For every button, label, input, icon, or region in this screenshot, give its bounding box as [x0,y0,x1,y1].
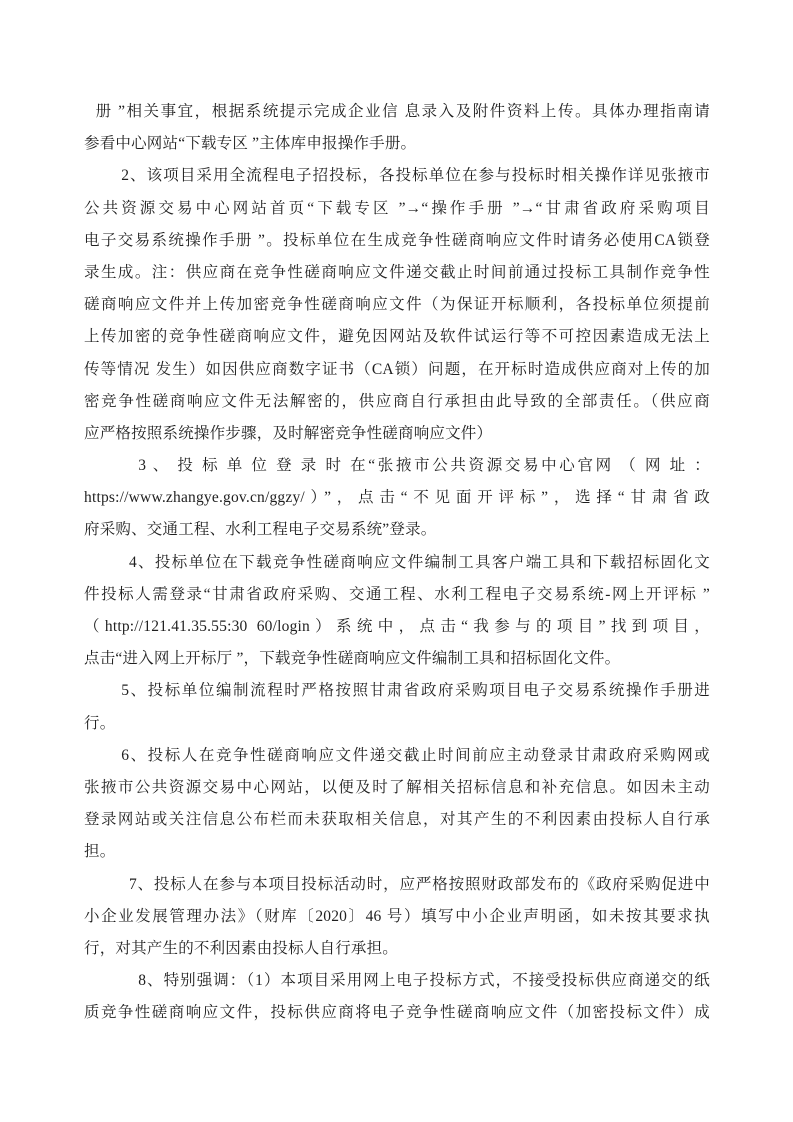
text-line: 小企业发展管理办法》（财库〔2020〕46 号）填写中小企业声明函，如未按其要求… [84,901,710,933]
document-page: 册 ”相关事宜，根据系统提示完成企业信 息录入及附件资料上传。具体办理指南请 参… [0,0,793,1122]
text-line: 录生成。注：供应商在竞争性磋商响应文件递交截止时间前通过投标工具制作竞争性 [84,257,710,289]
paragraph-item-3: 3 、 投 标 单 位 登 录 时 在“张掖市公共资源交易中心官网 （ 网 址 … [84,450,710,547]
text-line: 2、该项目采用全流程电子招投标，各投标单位在参与投标时相关操作详见张掖市 [84,160,710,192]
text-line: https://www.zhangye.gov.cn/ggzy/）”，点击“不见… [84,482,710,514]
paragraph-item-2: 2、该项目采用全流程电子招投标，各投标单位在参与投标时相关操作详见张掖市 公共资… [84,160,710,450]
text-line: 传等情况 发生）如因供应商数字证书（CA锁）问题，在开标时造成供应商对上传的加 [84,354,710,386]
text-line: 6、投标人在竞争性磋商响应文件递交截止时间前应主动登录甘肃政府采购网或 [84,740,710,772]
text-line: 参看中心网站“下载专区 ”主体库申报操作手册。 [84,128,710,160]
paragraph-continuation: 册 ”相关事宜，根据系统提示完成企业信 息录入及附件资料上传。具体办理指南请 参… [84,96,710,160]
text-line: 质竞争性磋商响应文件，投标供应商将电子竞争性磋商响应文件（加密投标文件）成 [84,997,710,1029]
paragraph-item-8: 8、特别强调：（1）本项目采用网上电子投标方式，不接受投标供应商递交的纸 质竞争… [84,965,710,1029]
paragraph-item-5: 5、投标单位编制流程时严格按照甘肃省政府采购项目电子交易系统操作手册进 行。 [84,675,710,739]
text-line: 密竞争性磋商响应文件无法解密的，供应商自行承担由此导致的全部责任。（供应商 [84,386,710,418]
text-line: 3 、 投 标 单 位 登 录 时 在“张掖市公共资源交易中心官网 （ 网 址 … [84,450,710,482]
text-line: 7、投标人在参与本项目投标活动时，应严格按照财政部发布的《政府采购促进中 [84,869,710,901]
text-line: 册 ”相关事宜，根据系统提示完成企业信 息录入及附件资料上传。具体办理指南请 [84,96,710,128]
text-line: 上传加密的竞争性磋商响应文件，避免因网站及软件试运行等不可控因素造成无法上 [84,321,710,353]
text-line: 点击“进入网上开标厅 ”，下载竞争性磋商响应文件编制工具和招标固化文件。 [84,643,710,675]
text-line: 府采购、交通工程、水利工程电子交易系统”登录。 [84,514,710,546]
text-line: 应严格按照系统操作步骤，及时解密竞争性磋商响应文件） [84,418,710,450]
paragraph-item-6: 6、投标人在竞争性磋商响应文件递交截止时间前应主动登录甘肃政府采购网或 张掖市公… [84,740,710,869]
text-line: 登录网站或关注信息公布栏而未获取相关信息，对其产生的不利因素由投标人自行承 [84,804,710,836]
text-line: 担。 [84,836,710,868]
text-line: 行。 [84,708,710,740]
text-line: 4、投标单位在下载竞争性磋商响应文件编制工具客户端工具和下载招标固化文 [84,547,710,579]
text-line: 5、投标单位编制流程时严格按照甘肃省政府采购项目电子交易系统操作手册进 [84,675,710,707]
paragraph-item-7: 7、投标人在参与本项目投标活动时，应严格按照财政部发布的《政府采购促进中 小企业… [84,869,710,966]
text-line: 8、特别强调：（1）本项目采用网上电子投标方式，不接受投标供应商递交的纸 [84,965,710,997]
paragraph-item-4: 4、投标单位在下载竞争性磋商响应文件编制工具客户端工具和下载招标固化文 件投标人… [84,547,710,676]
text-line: 行，对其产生的不利因素由投标人自行承担。 [84,933,710,965]
text-line: 张掖市公共资源交易中心网站，以便及时了解相关招标信息和补充信息。如因未主动 [84,772,710,804]
text-line: 公共资源交易中心网站首页“下载专区 ”→“操作手册 ”→“甘肃省政府采购项目 [84,193,710,225]
text-line: 件投标人需登录“甘肃省政府采购、交通工程、水利工程电子交易系统-网上开评标 ” [84,579,710,611]
text-line: 电子交易系统操作手册 ”。投标单位在生成竞争性磋商响应文件时请务必使用CA锁登 [84,225,710,257]
text-line: （http://121.41.35.55:30 60/login）系统中，点击“… [84,611,710,643]
text-block: 册 ”相关事宜，根据系统提示完成企业信 息录入及附件资料上传。具体办理指南请 参… [84,96,710,1029]
text-line: 磋商响应文件并上传加密竞争性磋商响应文件（为保证开标顺利，各投标单位须提前 [84,289,710,321]
